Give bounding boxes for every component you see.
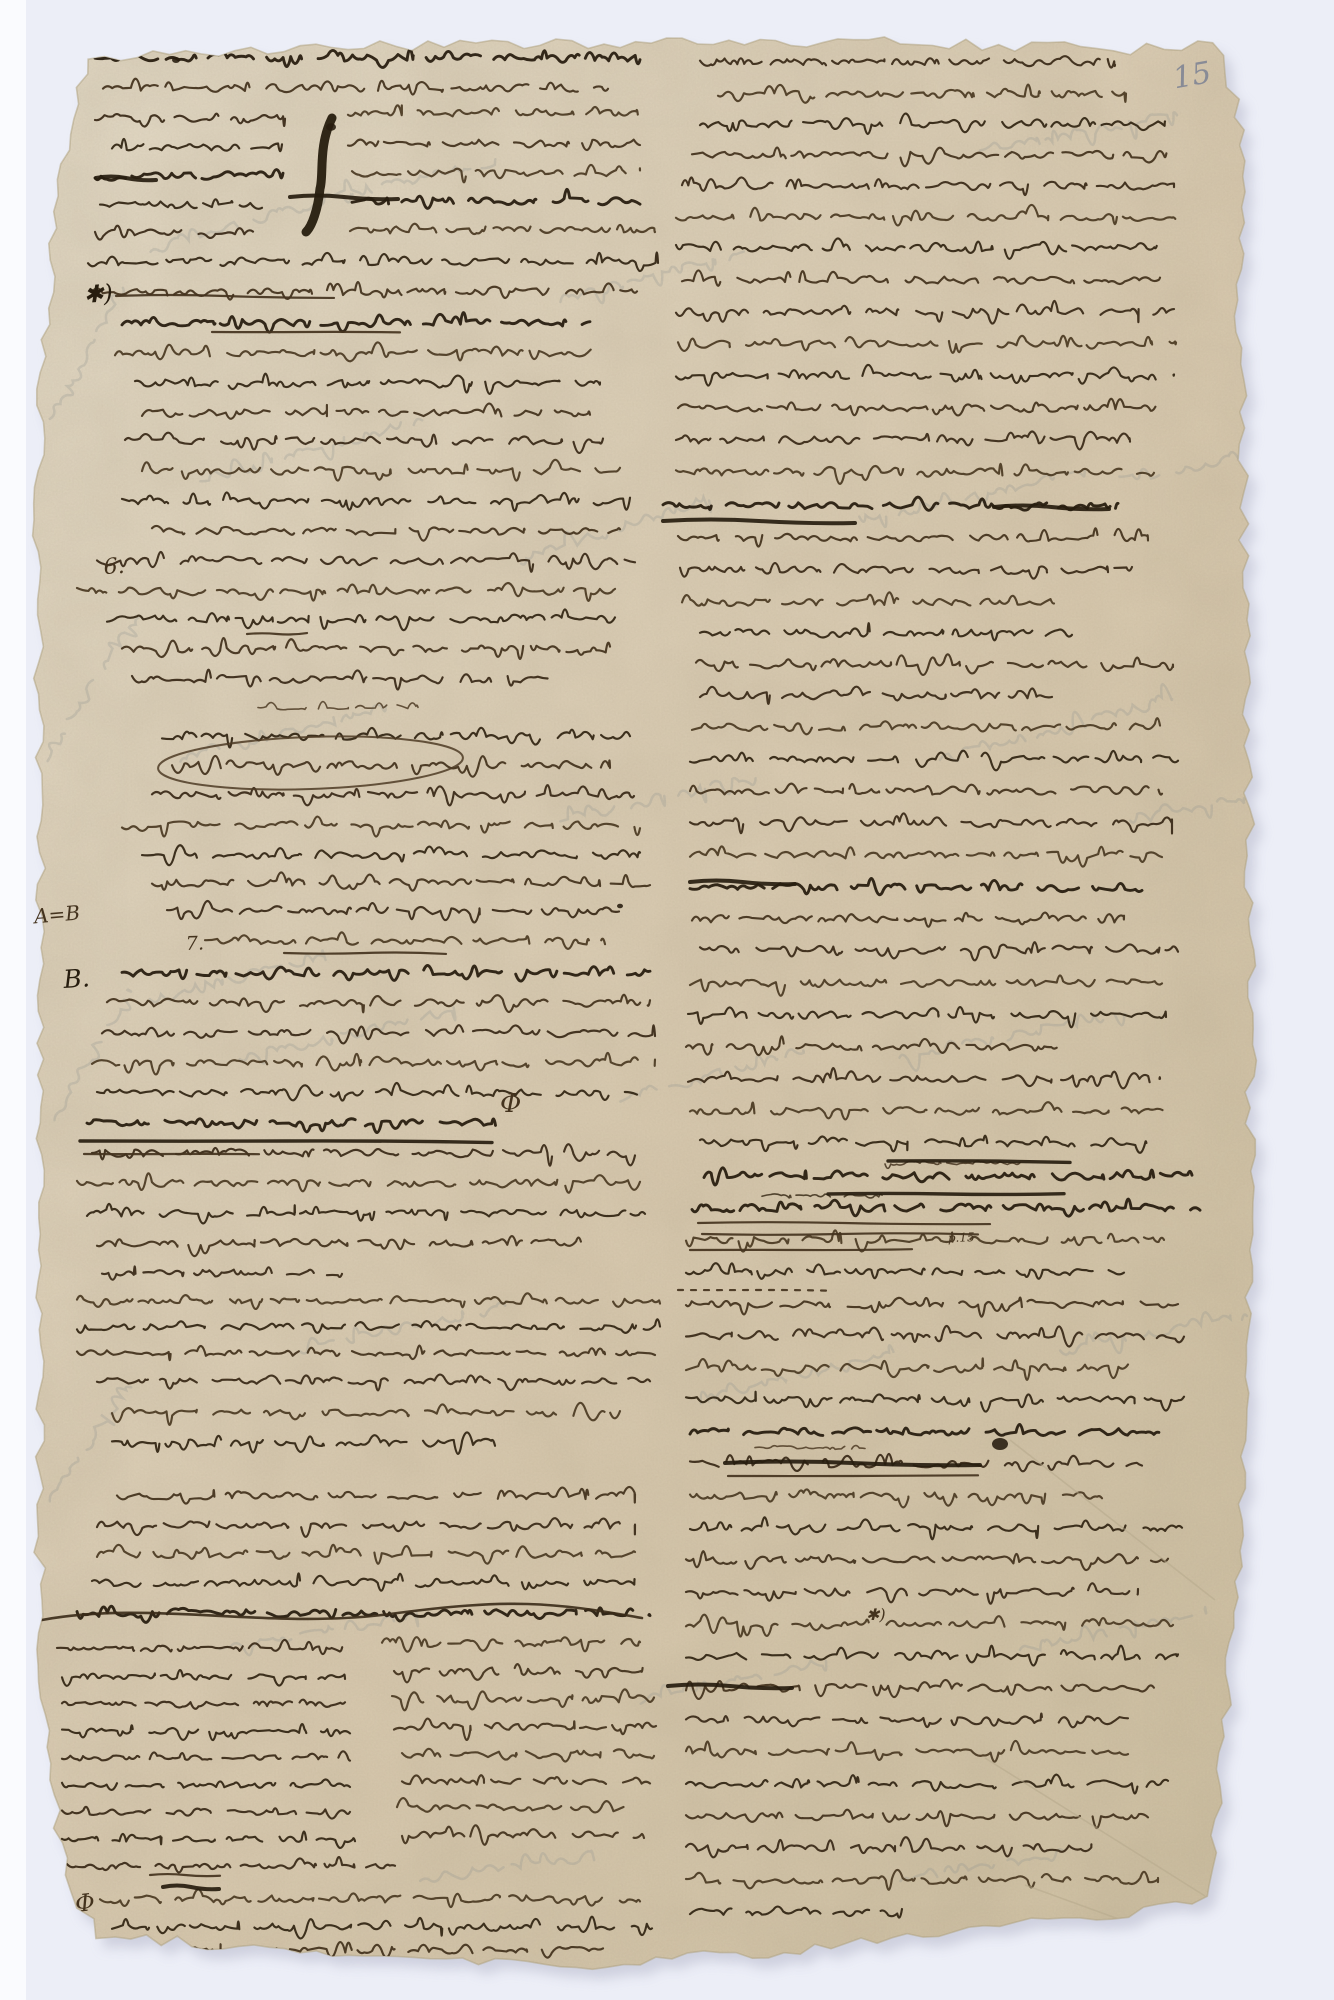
page-number: 15 [1170, 55, 1214, 96]
legible-ink-mark: 7. [185, 932, 204, 955]
ink-blot [172, 57, 180, 63]
legible-ink-mark: ✱) [866, 1605, 886, 1624]
paper-grain [0, 0, 1334, 2000]
underline-mark [888, 1161, 1070, 1163]
scan-edge-strip [0, 0, 26, 2000]
legible-ink-mark: ✱) [82, 279, 113, 309]
ink-blot [617, 904, 623, 909]
legible-ink-mark: 6. [103, 554, 125, 580]
ink-blot [992, 1438, 1008, 1450]
ink-blot [326, 123, 336, 131]
legible-ink-mark: B. [61, 963, 90, 994]
underline-mark [247, 633, 307, 634]
underline-mark [284, 952, 446, 953]
legible-ink-mark: Φ [500, 1089, 521, 1119]
manuscript-scan: ✱)6.7.B.ΦΦ✱)p.15 15 A=B [0, 0, 1334, 2000]
underline-mark [690, 1249, 912, 1250]
underline-mark [828, 1193, 1064, 1194]
margin-label: A=B [31, 900, 81, 928]
underline-mark [80, 1141, 492, 1143]
scanned-manuscript-page: ✱)6.7.B.ΦΦ✱)p.15 15 A=B [0, 0, 1334, 2000]
underline-mark [728, 1475, 978, 1476]
legible-ink-mark: p.15 [948, 1230, 975, 1245]
